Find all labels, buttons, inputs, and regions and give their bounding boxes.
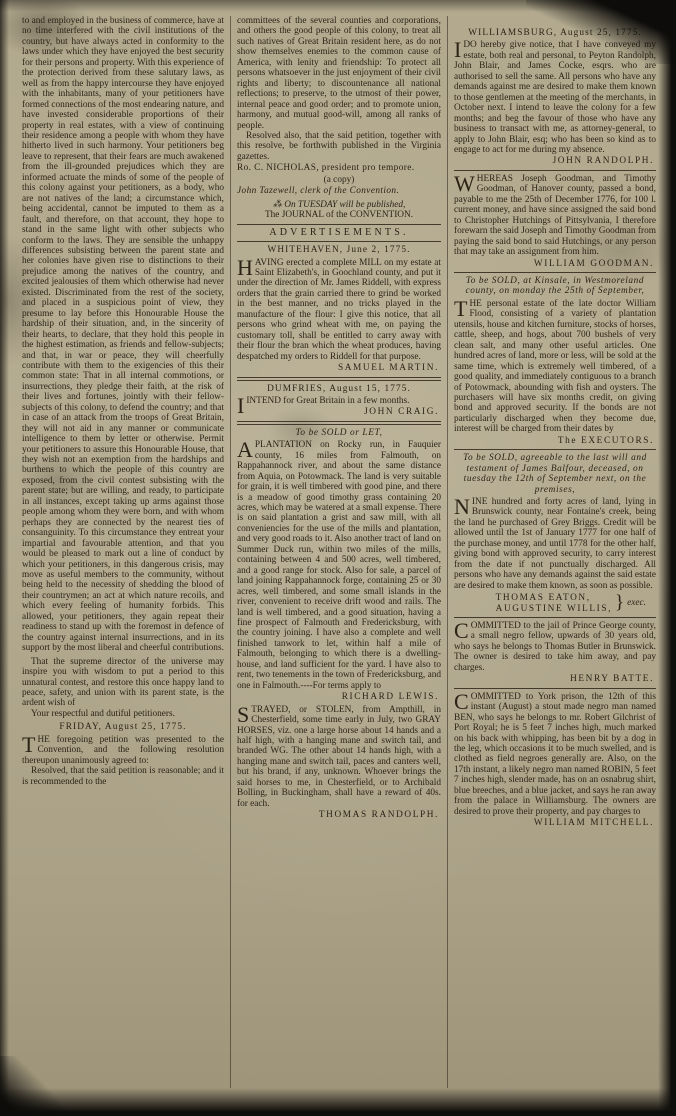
column-left: to and employed in the business of comme… [16, 16, 230, 1088]
divider-rule [454, 272, 656, 273]
thomas-randolph-signature: THOMAS RANDOLPH. [237, 810, 439, 820]
john-randolph-signature: JOHN RANDOLPH. [454, 156, 654, 166]
executor-names: THOMAS EATON, AUGUSTINE WILLIS, [496, 593, 612, 614]
clerk-attribution: John Tazewell, clerk of the Convention. [237, 186, 441, 196]
divider-rule [454, 170, 656, 171]
william-goodman-signature: WILLIAM GOODMAN. [454, 259, 654, 269]
committed-prince-george-notice: COMMITTED to the jail of Prince George c… [454, 621, 656, 673]
intend-britain-notice: I INTEND for Great Britain in a few mont… [237, 396, 441, 406]
advertisements-heading: ADVERTISEMENTS. [237, 228, 441, 238]
strayed-horses-advert: STRAYED, or STOLEN, from Ampthill, in Ch… [237, 705, 441, 810]
resolved-also-text: Resolved also, that the said petition, t… [237, 131, 441, 162]
balfour-sale-heading: To be SOLD, agreeable to the last will a… [458, 453, 652, 495]
plantation-advert-text: A PLANTATION on Rocky run, in Fauquier c… [237, 440, 441, 691]
journal-notice-line2: The JOURNAL of the CONVENTION. [237, 210, 441, 220]
sold-or-let-heading: To be SOLD or LET, [241, 428, 437, 438]
executors-signature: The EXECUTORS. [454, 436, 654, 446]
resolution-continuation-text: committees of the several counties and c… [237, 16, 441, 131]
convention-resolution-intro: THE foregoing petition was presented to … [22, 735, 224, 766]
page-columns: to and employed in the business of comme… [16, 16, 662, 1088]
brunswick-land-advert: NINE hundred and forty acres of land, ly… [454, 497, 656, 591]
divider-rule [237, 224, 441, 225]
president-attribution: Ro. C. NICHOLAS, president pro tempore. [237, 163, 441, 173]
petition-signoff: Your respectful and dutiful petitioners. [22, 709, 224, 719]
divider-rule [237, 377, 441, 381]
page-left-shadow [0, 0, 9, 1116]
samuel-martin-signature: SAMUEL MARTIN. [237, 363, 439, 373]
divider-rule [454, 449, 656, 450]
petition-closing-text: That the supreme director of the univers… [22, 657, 224, 709]
journal-notice-line1: ⁂ On TUESDAY will be published, [237, 200, 441, 210]
goodman-bond-notice: WHEREAS Joseph Goodman, and Timothy Good… [454, 174, 656, 258]
executor-name-1: THOMAS EATON, [496, 593, 612, 603]
newspaper-page: to and employed in the business of comme… [0, 0, 676, 1116]
divider-rule [237, 241, 441, 242]
richard-lewis-signature: RICHARD LEWIS. [237, 692, 439, 702]
dumfries-dateline: DUMFRIES, August 15, 1775. [237, 384, 441, 394]
brace-glyph: } [612, 598, 627, 608]
executors-brace-signature: THOMAS EATON, AUGUSTINE WILLIS, } exec. [454, 593, 646, 614]
john-craig-signature: JOHN CRAIG. [237, 407, 439, 417]
john-randolph-notice: I DO hereby give notice, that I have con… [454, 40, 656, 155]
williamsburg-dateline: WILLIAMSBURG, August 25, 1775. [454, 28, 656, 38]
divider-rule [454, 688, 656, 689]
whitehaven-dateline: WHITEHAVEN, June 2, 1775. [237, 245, 441, 255]
divider-rule [237, 421, 441, 425]
page-bottom-shadow [0, 1088, 676, 1116]
column-right: WILLIAMSBURG, August 25, 1775. I DO here… [448, 16, 662, 1088]
executor-label: exec. [627, 598, 646, 608]
henry-batte-signature: HENRY BATTE. [454, 674, 654, 684]
flood-estate-advert: THE personal estate of the late doctor W… [454, 299, 656, 435]
mill-advert-text: HAVING erected a complete MILL on my est… [237, 258, 441, 363]
convention-dateline: FRIDAY, August 25, 1775. [22, 722, 224, 732]
kinsale-sale-heading: To be SOLD, at Kinsale, in Westmoreland … [458, 276, 652, 297]
convention-resolution-text: Resolved, that the said petition is reas… [22, 766, 224, 787]
committed-york-prison-notice: COMMITTED to York prison, the 12th of th… [454, 692, 656, 817]
petition-continuation-text: to and employed in the business of comme… [22, 16, 224, 654]
column-middle: committees of the several counties and c… [230, 16, 448, 1088]
copy-note: (a copy) [237, 175, 441, 185]
william-mitchell-signature: WILLIAM MITCHELL. [454, 818, 654, 828]
page-top-shadow [0, 0, 676, 12]
executor-name-2: AUGUSTINE WILLIS, [496, 604, 612, 614]
divider-rule [454, 617, 656, 618]
